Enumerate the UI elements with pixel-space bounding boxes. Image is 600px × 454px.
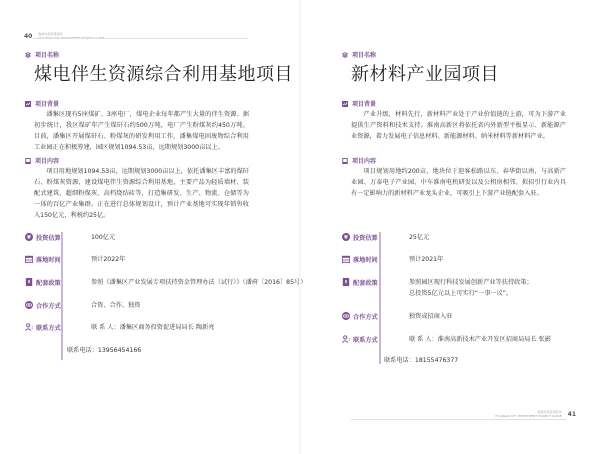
- label-text: 项目内容: [352, 156, 376, 165]
- document-icon: [25, 278, 33, 286]
- header-divider: [33, 38, 248, 39]
- svg-text:¥: ¥: [27, 235, 31, 241]
- info-label-text: 落地时间: [353, 255, 378, 264]
- background-label: 项目背景: [25, 99, 59, 108]
- footer-divider: [351, 419, 566, 420]
- policy-values: 参照园区现行科技发展创新产业等扶持政策； 总投资5亿元以上可实行“一事一议”。: [409, 277, 533, 299]
- info-value: 100亿元: [91, 232, 115, 243]
- layers-icon: [25, 52, 31, 58]
- info-value: 联 系 人：淮南高新技术产业开发区招商局局长 张影: [409, 334, 551, 345]
- info-label-text: 配套政策: [353, 278, 378, 287]
- info-value: 合资、合作、独资: [91, 300, 141, 311]
- project-name-label: 项目名称: [342, 50, 376, 59]
- money-icon: ¥: [342, 233, 350, 241]
- handshake-icon: [342, 312, 350, 320]
- info-value-2: 总投资5亿元以上可实行“一事一议”。: [409, 288, 533, 299]
- project-name-label: 项目名称: [25, 50, 59, 59]
- info-row-time: 落地时间 预计2022年: [25, 254, 125, 265]
- info-row-investment: ¥投资估算 100亿元: [25, 232, 115, 243]
- page-footer: 淮南市投资项目库 HUAINAN CITY INVESTMENT PROJECT…: [495, 411, 576, 418]
- info-row-policy: 配套政策 参照《潘集区产业发展专项扶持资金管理办法（试行）》（潘府〔2016〕8…: [25, 277, 306, 288]
- calendar-icon: [342, 255, 350, 263]
- info-value: 参照园区现行科技发展创新产业等扶持政策；: [409, 277, 533, 288]
- money-icon: ¥: [25, 233, 33, 241]
- contact-person-icon: [342, 335, 350, 343]
- info-value: 预计2021年: [409, 254, 443, 265]
- info-value: 参照《潘集区产业发展专项扶持资金管理办法（试行）》（潘府〔2016〕85号）: [91, 277, 306, 288]
- info-label-text: 合作方式: [353, 312, 378, 321]
- info-label-text: 联系方式: [353, 335, 378, 344]
- page-number: 41: [568, 411, 576, 418]
- label-text: 项目名称: [352, 50, 376, 59]
- info-label-text: 投资估算: [36, 233, 61, 242]
- page-number: 40: [24, 33, 32, 40]
- content-text: 项目规划用地约200亩，地块位于迎客松路以东、春华街以南，与高新产业园、万泰电子…: [351, 166, 566, 199]
- chart-icon: [342, 101, 348, 107]
- content-label: 项目内容: [342, 156, 376, 165]
- book-icon: [342, 158, 348, 164]
- footer-text: 淮南市投资项目库 HUAINAN CITY INVESTMENT PROJECT…: [495, 411, 561, 418]
- label-text: 项目背景: [352, 99, 376, 108]
- background-label: 项目背景: [342, 99, 376, 108]
- footer-en: HUAINAN CITY INVESTMENT PROJECT GUIDE: [495, 415, 561, 419]
- info-row-contact: 联系方式 联 系 人：潘集区商务投资促进局局长 陶新亮: [25, 322, 214, 333]
- label-text: 项目名称: [35, 50, 59, 59]
- info-label-text: 联系方式: [36, 323, 61, 332]
- info-value: 25亿元: [409, 232, 429, 243]
- info-label-text: 投资估算: [353, 233, 378, 242]
- content-text: 项目用地规划1094.53亩，远期规划3000亩以上，依托潘集区丰富的煤矸石、粉…: [34, 166, 249, 221]
- background-text: 潘集区现有5座煤矿、3座电厂，煤电企业每年都产生大量的伴生资源。据初步统计，我区…: [34, 109, 249, 153]
- project-title: 煤电伴生资源综合利用基地项目: [34, 60, 293, 86]
- info-label-text: 落地时间: [36, 255, 61, 264]
- svg-text:¥: ¥: [344, 235, 348, 241]
- info-divider: [61, 232, 63, 360]
- contact-phone: 联系电话：13956454166: [67, 345, 141, 356]
- chart-icon: [25, 101, 31, 107]
- info-row-contact: 联系方式 联 系 人：淮南高新技术产业开发区招商局局长 张影: [342, 334, 551, 345]
- label-text: 项目内容: [35, 156, 59, 165]
- layers-icon: [342, 52, 348, 58]
- handshake-icon: [25, 301, 33, 309]
- info-value: 独资或招商入驻: [409, 311, 452, 322]
- info-row-cooperation: 合作方式 独资或招商入驻: [342, 311, 452, 322]
- label-text: 项目背景: [35, 99, 59, 108]
- info-row-investment: ¥投资估算 25亿元: [342, 232, 429, 243]
- content-label: 项目内容: [25, 156, 59, 165]
- info-value: 联 系 人：潘集区商务投资促进局局长 陶新亮: [91, 322, 214, 333]
- contact-person-icon: [25, 323, 33, 331]
- calendar-icon: [25, 255, 33, 263]
- info-label-text: 合作方式: [36, 301, 61, 310]
- background-text: 产业升级，材料先行，新材料产业处于产业价值链的上游，可为下游产业提供生产资料和技…: [351, 109, 566, 142]
- info-row-policy: 配套政策 参照园区现行科技发展创新产业等扶持政策； 总投资5亿元以上可实行“一事…: [342, 277, 533, 299]
- info-row-cooperation: 合作方式 合资、合作、独资: [25, 300, 141, 311]
- contact-phone: 联系电话：18155476377: [384, 355, 458, 366]
- project-title: 新材料产业园项目: [351, 60, 499, 86]
- info-row-time: 落地时间 预计2021年: [342, 254, 443, 265]
- book-icon: [25, 158, 31, 164]
- right-page: 项目名称 新材料产业园项目 项目背景 产业升级，材料先行，新材料产业处于产业价值…: [300, 0, 600, 454]
- info-value: 预计2022年: [91, 254, 125, 265]
- document-icon: [342, 278, 350, 286]
- left-page: 40 淮南市投资项目库 HUAINAN CITY INVESTMENT PROJ…: [0, 0, 300, 454]
- info-label-text: 配套政策: [36, 278, 61, 287]
